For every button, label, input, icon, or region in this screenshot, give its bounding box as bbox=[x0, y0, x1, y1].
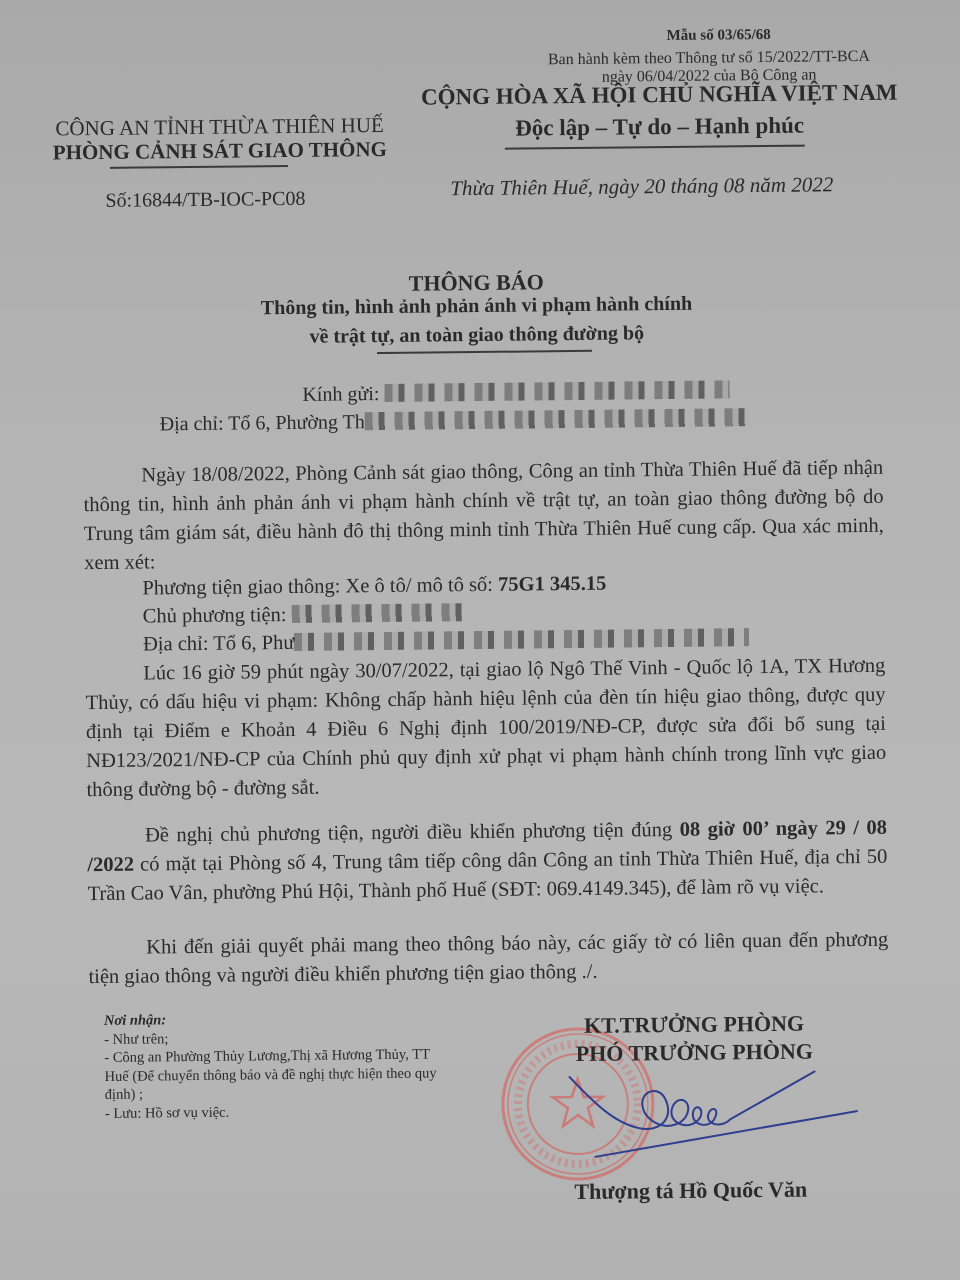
recipient-item: - Lưu: Hồ sơ vụ việc. bbox=[105, 1101, 455, 1123]
paragraph-summons: Đề nghị chủ phương tiện, người điều khiể… bbox=[87, 814, 888, 909]
recipient-item: - Công an Phường Thủy Lương,Thị xã Hương… bbox=[104, 1045, 455, 1104]
divider bbox=[505, 145, 805, 150]
national-motto: Độc lập – Tự do – Hạnh phúc bbox=[415, 112, 905, 143]
divider bbox=[110, 165, 288, 168]
divider bbox=[377, 350, 592, 354]
issuing-unit: PHÒNG CẢNH SÁT GIAO THÔNG bbox=[40, 137, 400, 166]
summons-location: có mặt tại Phòng số 4, Trung tâm tiếp cô… bbox=[88, 846, 888, 905]
redacted-owner-name bbox=[292, 603, 462, 623]
license-plate: 75G1 345.15 bbox=[498, 573, 606, 596]
vehicle-line: Phương tiện giao thông: Xe ô tô/ mô tô s… bbox=[142, 573, 606, 601]
document-subtitle-2: về trật tự, an toàn giao thông đường bộ bbox=[0, 319, 957, 352]
recipients-block: Nơi nhận: - Như trên; - Công an Phường T… bbox=[104, 1008, 455, 1123]
recipient-address-line: Địa chỉ: Tổ 6, Phường Th bbox=[160, 407, 750, 436]
owner-label: Chủ phương tiện: bbox=[143, 604, 292, 628]
summons-text: Đề nghị chủ phương tiện, người điều khiể… bbox=[145, 819, 680, 847]
national-title: CỘNG HÒA XÃ HỘI CHỦ NGHĨA VIỆT NAM bbox=[414, 80, 904, 111]
recipient-line: Kính gửi: bbox=[302, 379, 729, 406]
redacted-recipient-address bbox=[365, 408, 750, 430]
paragraph-intro: Ngày 18/08/2022, Phòng Cảnh sát giao thô… bbox=[83, 454, 884, 578]
form-number: Mẫu số 03/65/68 bbox=[554, 26, 884, 46]
redacted-recipient-name bbox=[384, 380, 729, 402]
recipient-address-label: Địa chỉ: Tổ 6, Phường Th bbox=[160, 411, 365, 435]
signer-name: Thượng tá Hồ Quốc Văn bbox=[526, 1176, 856, 1205]
paragraph-requirements: Khi đến giải quyết phải mang theo thông … bbox=[88, 926, 889, 992]
redacted-owner-address bbox=[294, 628, 749, 651]
owner-line: Chủ phương tiện: bbox=[143, 602, 462, 628]
owner-address-label: Địa chỉ: Tổ 6, Phư bbox=[143, 632, 295, 656]
vehicle-label: Phương tiện giao thông: Xe ô tô/ mô tô s… bbox=[142, 574, 498, 600]
place-date: Thừa Thiên Huế, ngày 20 tháng 08 năm 202… bbox=[450, 172, 833, 201]
signature-title-2: PHÓ TRƯỞNG PHÒNG bbox=[534, 1038, 854, 1067]
handwritten-signature-icon bbox=[564, 1066, 865, 1179]
document-number: Số:16844/TB-IOC-PC08 bbox=[105, 188, 305, 213]
recipient-label: Kính gửi: bbox=[302, 383, 384, 406]
signature-title-1: KT.TRƯỞNG PHÒNG bbox=[534, 1010, 854, 1039]
document-page: Mẫu số 03/65/68 Ban hành kèm theo Thông … bbox=[0, 0, 960, 1280]
owner-address-line: Địa chỉ: Tổ 6, Phư bbox=[143, 627, 750, 656]
paragraph-violation: Lúc 16 giờ 59 phút ngày 30/07/2022, tại … bbox=[85, 652, 886, 805]
